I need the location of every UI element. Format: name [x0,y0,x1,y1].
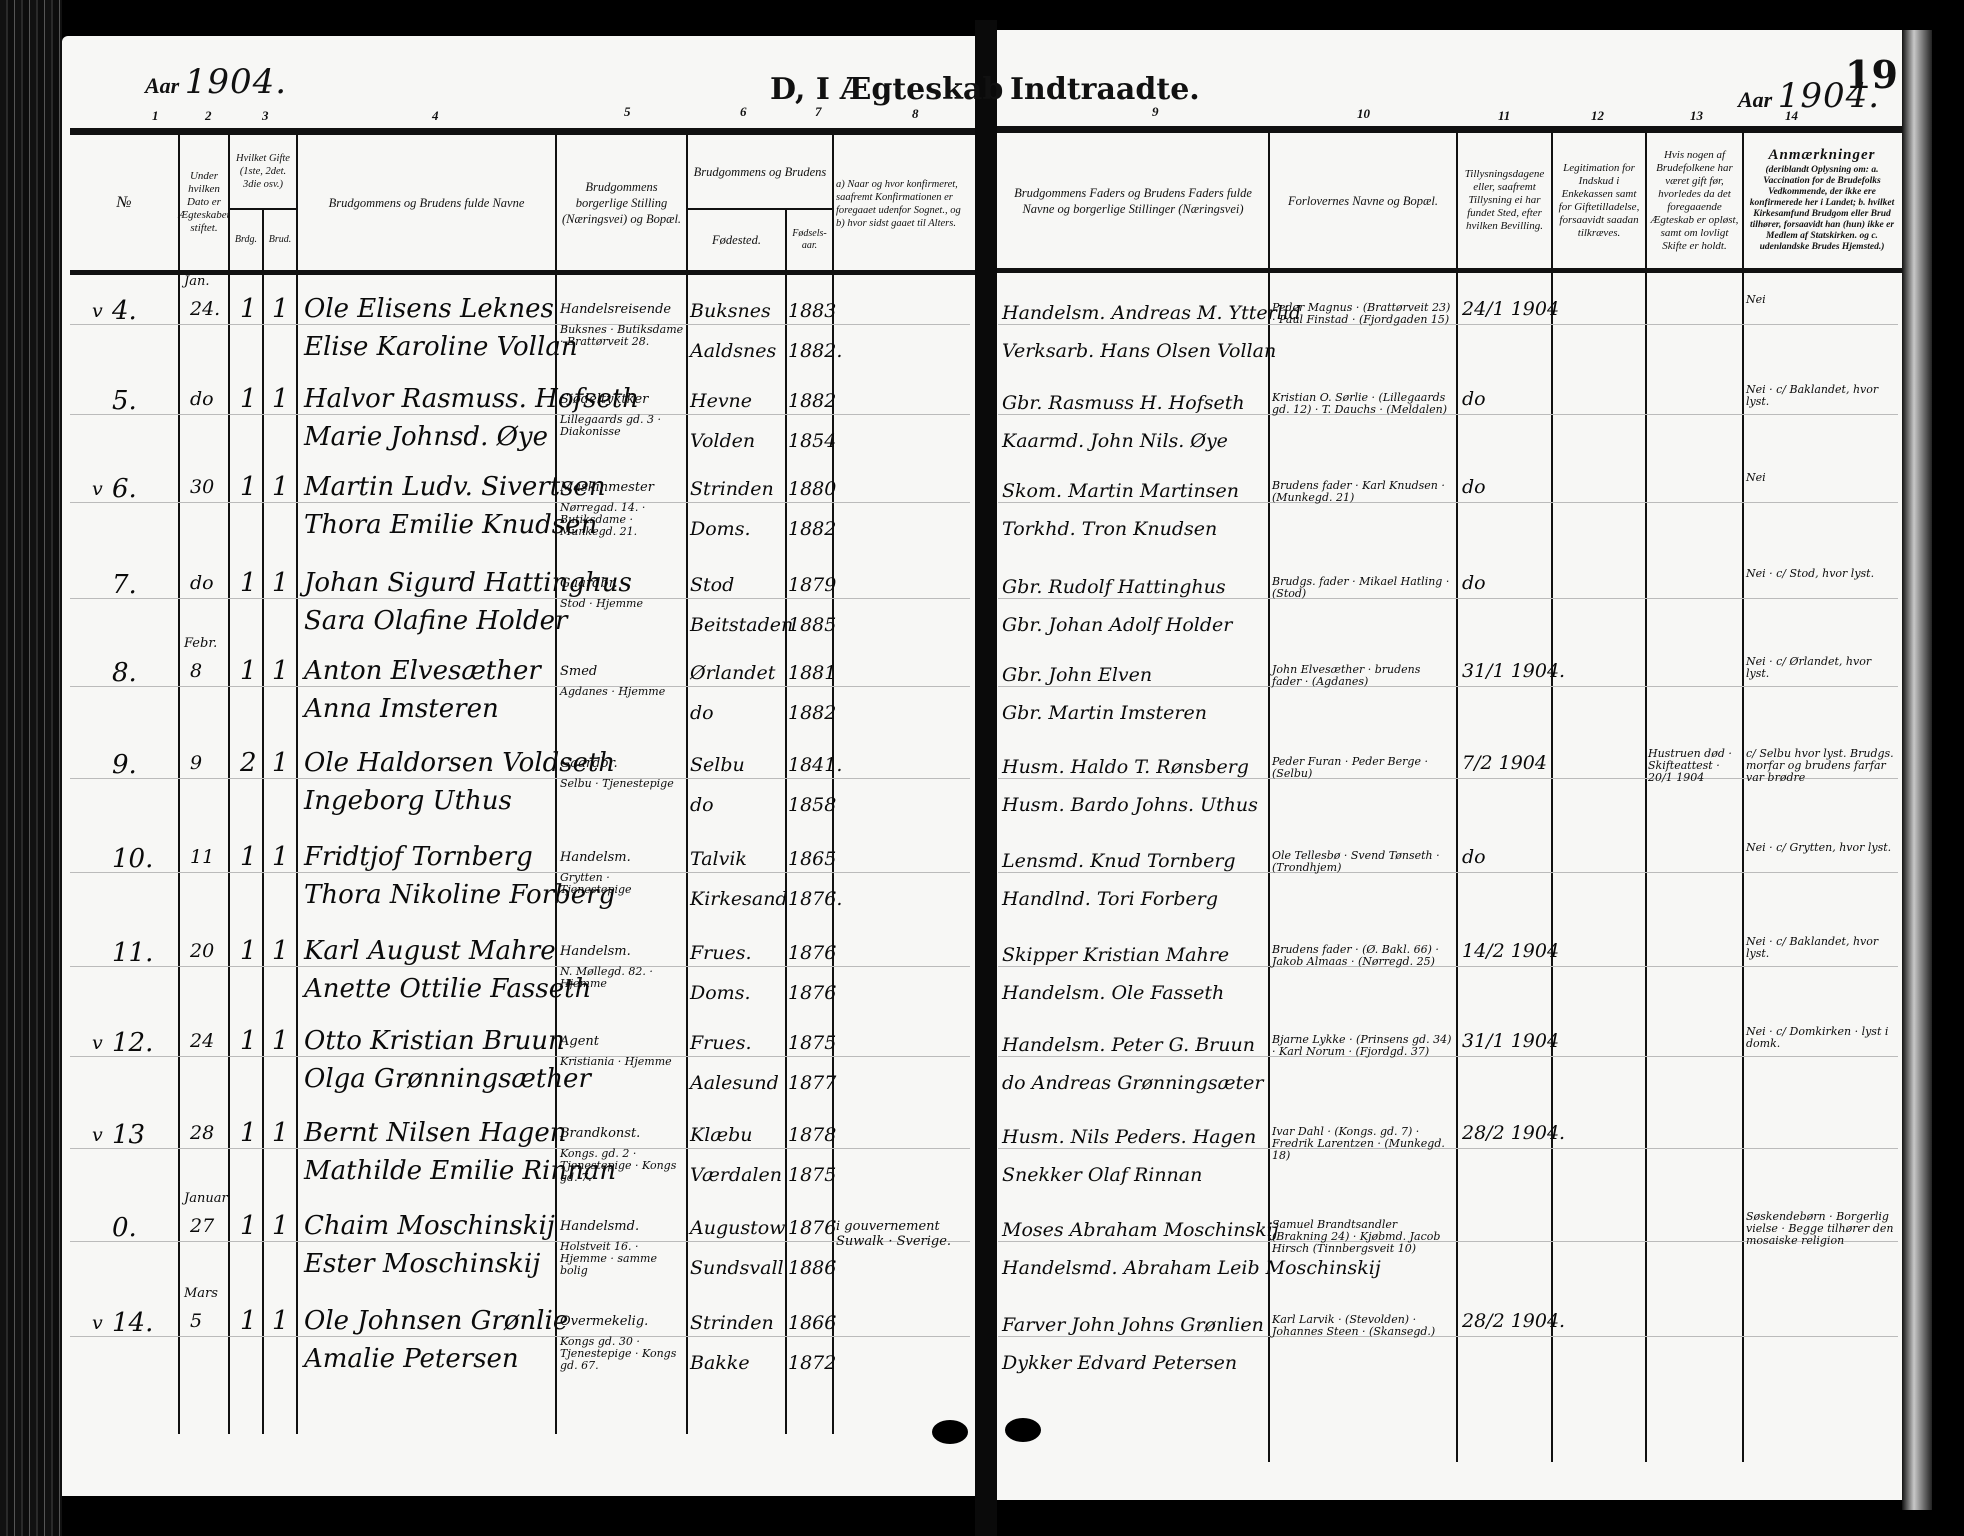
ruled-line [70,1148,970,1149]
groom-occupation: Smed [560,664,597,679]
bride-name: Ingeborg Uthus [304,786,512,816]
groom-marriage-count: 1 [240,1211,257,1241]
groom-name: Fridtjof Tornberg [304,842,533,872]
header-rule-top-left [70,128,975,135]
remarks: c/ Selbu hvor lyst. Brudgs. morfar og br… [1746,748,1896,784]
ruled-line [70,872,970,873]
bride-birthplace: Doms. [690,518,750,540]
header-occupation: Brudgommens borgerlige Stilling (Nærings… [557,135,686,270]
bride-father: do Andreas Grønningsæter [1002,1072,1263,1094]
entry-number: 13 [112,1120,145,1150]
groom-birthplace: Stod [690,574,734,596]
groom-birthplace: Selbu [690,754,745,776]
bride-occupation: N. Møllegd. 82. · Hjemme [560,966,684,990]
entry-month: Mars [184,1286,218,1301]
header-remarks: Anmærkninger (deriblandt Oplysning om: a… [1744,133,1900,268]
column-number: 10 [1357,106,1370,122]
bride-occupation: Kongs gd. 30 · Tjenestepige · Kongs gd. … [560,1336,684,1372]
bride-father: Snekker Olaf Rinnan [1002,1164,1202,1186]
section-title-left: D, I Ægteskab [770,72,1003,107]
witnesses: Peder Magnus · (Brattørveit 23) · Paul F… [1272,302,1452,326]
bride-occupation: Stod · Hjemme [560,598,684,610]
bride-birthyear: 1886 [788,1257,836,1279]
groom-birthyear: 1883 [788,300,836,322]
bride-occupation: Kristiania · Hjemme [560,1056,684,1068]
column-divider [1645,132,1647,1462]
bride-birthplace: Bakke [690,1352,750,1374]
bride-marriage-count: 1 [272,1211,289,1241]
ruled-line [70,966,970,967]
bride-father: Kaarmd. John Nils. Øye [1002,430,1228,452]
column-number: 9 [1152,104,1159,120]
column-divider [555,134,557,1434]
entry-number: 8. [112,658,137,688]
bride-birthplace: do [690,794,714,816]
entry-day: 5 [190,1310,202,1332]
groom-occupation: Handelsm. [560,850,631,865]
witnesses: Karl Larvik · (Stevolden) · Johannes Ste… [1272,1314,1452,1338]
year-label: Aar [145,73,179,98]
bride-father: Handelsm. Ole Fasseth [1002,982,1224,1004]
bride-marriage-count: 1 [272,384,289,414]
groom-name: Ole Johnsen Grønlie [304,1306,568,1336]
groom-marriage-count: 1 [240,1026,257,1056]
banns-date: do [1462,846,1486,868]
confirmation-note: i gouvernement Suwalk · Sverige. [836,1219,972,1249]
ruled-line [70,414,970,415]
bride-birthplace: Værdalen [690,1164,782,1186]
bride-marriage-count: 1 [272,748,289,778]
bride-birthplace: Volden [690,430,755,452]
column-divider [1456,132,1458,1462]
groom-birthyear: 1865 [788,848,836,870]
groom-birthplace: Strinden [690,478,774,500]
remarks: Nei · c/ Grytten, hvor lyst. [1746,842,1896,854]
entry-number: 9. [112,750,137,780]
bride-name: Anna Imsteren [304,694,499,724]
entry-number: 6. [112,474,137,504]
groom-birthyear: 1841. [788,754,842,776]
page-number: 19 [1845,52,1898,97]
column-divider [1742,132,1744,1462]
column-divider [785,208,787,1434]
bride-marriage-count: 1 [272,472,289,502]
groom-birthyear: 1876 [788,942,836,964]
header-birthyear: Fødsels-aar. [787,210,832,270]
column-divider [296,134,298,1434]
bride-marriage-count: 1 [272,936,289,966]
remarks: Nei · c/ Domkirken · lyst i domk. [1746,1026,1896,1050]
banns-date: 28/2 1904. [1462,1310,1565,1332]
witnesses: Peder Furan · Peder Berge · (Selbu) [1272,756,1452,780]
groom-name: Chaim Moschinskij [304,1211,555,1241]
bride-birthplace: Sundsvall [690,1257,784,1279]
groom-marriage-count: 1 [240,1118,257,1148]
banns-date: do [1462,572,1486,594]
header-birthplace: Fødested. [688,210,785,270]
banns-date: do [1462,388,1486,410]
column-divider [228,134,230,1434]
groom-marriage-count: 1 [240,842,257,872]
bride-birthyear: 1872 [788,1352,836,1374]
bride-father: Dykker Edvard Petersen [1002,1352,1237,1374]
groom-father: Moses Abraham Moschinskij [1002,1219,1279,1241]
witnesses: John Elvesæther · brudens fader · (Agdan… [1272,664,1452,688]
groom-father: Lensmd. Knud Tornberg [1002,850,1236,872]
ruled-line [70,324,970,325]
header-fathers: Brudgommens Faders og Brudens Faders ful… [998,133,1268,268]
bride-birthplace: do [690,702,714,724]
column-number: 14 [1785,108,1798,124]
ruled-line [70,778,970,779]
column-divider [686,134,688,1434]
bride-occupation: Nørregad. 14. · Butiksdame · Munkegd. 21… [560,502,684,538]
entry-day: 9 [190,752,202,774]
bride-occupation: Agdanes · Hjemme [560,686,684,698]
entry-day: do [190,572,214,594]
entry-check-mark: v [92,1032,103,1054]
column-number: 1 [152,108,159,124]
groom-birthyear: 1878 [788,1124,836,1146]
witnesses: Brudgs. fader · Mikael Hatling · (Stod) [1272,576,1452,600]
witnesses: Kristian O. Sørlie · (Lillegaards gd. 12… [1272,392,1452,416]
groom-marriage-count: 1 [240,656,257,686]
entry-day: 24 [190,1030,214,1052]
bride-name: Amalie Petersen [304,1344,519,1374]
header-banns: Tillysningsdagene eller, saafremt Tillys… [1458,133,1551,268]
banns-date: do [1462,476,1486,498]
entry-number: 7. [112,570,137,600]
bride-father: Gbr. Martin Imsteren [1002,702,1207,724]
groom-birthyear: 1879 [788,574,836,596]
remarks: Nei [1746,294,1896,306]
header-rule-top-right [997,126,1902,133]
header-which-marriage: Hvilket Gifte (1ste, 2det. 3die osv.) [230,135,296,208]
book-edge-right [1902,30,1932,1510]
bride-name: Anette Ottilie Fasseth [304,974,591,1004]
bride-birthplace: Aalesund [690,1072,779,1094]
entry-month: Januar [184,1191,228,1206]
entry-number: 4. [112,296,137,326]
remarks: Nei · c/ Baklandet, hvor lyst. [1746,384,1896,408]
bride-name: Marie Johnsd. Øye [304,422,548,452]
column-number: 7 [815,104,822,120]
bride-occupation: Buksnes · Butiksdame · Brattørveit 28. [560,324,684,348]
header-legitimation: Legitimation for Indskud i Enkekassen sa… [1553,133,1645,268]
bride-occupation: Selbu · Tjenestepige [560,778,684,790]
ruled-line [70,1241,970,1242]
groom-occupation: Brandkonst. [560,1126,640,1141]
entry-number: 12. [112,1028,153,1058]
header-names: Brudgommens og Brudens fulde Navne [298,135,555,270]
column-divider [832,134,834,1434]
bride-birthyear: 1882. [788,340,842,362]
bride-name: Thora Emilie Knudsen [304,510,597,540]
groom-occupation: Handelsmd. [560,1219,639,1234]
entry-day: 8 [190,660,202,682]
groom-marriage-count: 1 [240,568,257,598]
groom-occupation: Handelsm. [560,944,631,959]
bride-name: Ester Moschinskij [304,1249,540,1279]
groom-father: Handelsm. Andreas M. Ytterlid [1002,302,1301,324]
ruled-line [70,1056,970,1057]
groom-father: Farver John Johns Grønlien [1002,1314,1264,1336]
column-number: 13 [1690,108,1703,124]
groom-occupation: Overmekelig. [560,1314,648,1329]
bride-father: Gbr. Johan Adolf Holder [1002,614,1232,636]
witnesses: Brudens fader · Karl Knudsen · (Munkegd.… [1272,480,1452,504]
groom-occupation: Gaardbr. [560,576,618,591]
bride-father: Torkhd. Tron Knudsen [1002,518,1217,540]
entry-day: 27 [190,1215,214,1237]
entry-month: Jan. [184,274,209,289]
bride-birthyear: 1876 [788,982,836,1004]
column-number: 4 [432,108,439,124]
bride-marriage-count: 1 [272,656,289,686]
groom-father: Skom. Martin Martinsen [1002,480,1239,502]
section-title-right: Indtraadte. [1010,72,1200,107]
binding-thread-knot [932,1420,968,1444]
banns-date: 24/1 1904 [1462,298,1559,320]
entry-check-mark: v [92,1124,103,1146]
groom-occupation: Gaardbr. [560,756,618,771]
groom-father: Gbr. Rudolf Hattinghus [1002,576,1226,598]
witnesses: Bjarne Lykke · (Prinsens gd. 34) · Karl … [1272,1034,1452,1058]
header-witnesses: Forlovernes Navne og Bopæl. [1270,133,1456,268]
groom-birthyear: 1880 [788,478,836,500]
header-birth-group: Brudgommens og Brudens [688,135,832,208]
entry-number: 14. [112,1308,153,1338]
bride-occupation: Holstveit 16. · Hjemme · samme bolig [560,1241,684,1277]
bride-birthyear: 1885 [788,614,836,636]
header-confirmation: a) Naar og hvor konfirmeret, saafremt Ko… [834,138,974,270]
groom-name: Karl August Mahre [304,936,556,966]
column-number: 2 [205,108,212,124]
remarks: Nei · c/ Ørlandet, hvor lyst. [1746,656,1896,680]
groom-birthyear: 1881 [788,662,836,684]
bride-father: Handlnd. Tori Forberg [1002,888,1218,910]
bride-birthplace: Doms. [690,982,750,1004]
entry-day: 20 [190,940,214,962]
groom-father: Handelsm. Peter G. Bruun [1002,1034,1255,1056]
bride-birthyear: 1882 [788,518,836,540]
groom-birthyear: 1876 [788,1217,836,1239]
bride-occupation: Grytten · Tjenestepige [560,872,684,896]
bride-marriage-count: 1 [272,1026,289,1056]
header-previous-marriage: Hvis nogen af Brudefolkene har været gif… [1647,133,1742,268]
bride-marriage-count: 1 [272,842,289,872]
header-rule-bottom-right [997,268,1902,273]
groom-birthplace: Augustow [690,1217,785,1239]
column-divider [262,208,264,1434]
bride-marriage-count: 1 [272,1118,289,1148]
groom-occupation: Agent [560,1034,599,1049]
bride-birthyear: 1858 [788,794,836,816]
groom-marriage-count: 1 [240,384,257,414]
groom-father: Gbr. John Elven [1002,664,1152,686]
bride-birthyear: 1876. [788,888,842,910]
entry-check-mark: v [92,300,103,322]
year-label: Aar [1738,87,1772,112]
remarks: Nei · c/ Stod, hvor lyst. [1746,568,1896,580]
bride-birthyear: 1877 [788,1072,836,1094]
groom-name: Otto Kristian Bruun [304,1026,565,1056]
column-number: 12 [1591,108,1604,124]
remarks: Nei · c/ Baklandet, hvor lyst. [1746,936,1896,960]
groom-birthplace: Talvik [690,848,747,870]
entry-number: 10. [112,844,153,874]
bride-name: Olga Grønningsæther [304,1064,591,1094]
header-date: Under hvilken Dato er Ægteskabet stiftet… [180,135,228,270]
groom-marriage-count: 2 [240,748,257,778]
bride-occupation: Lillegaards gd. 3 · Diakonisse [560,414,684,438]
column-number: 8 [912,106,919,122]
groom-father: Husm. Haldo T. Rønsberg [1002,756,1249,778]
header-groom-marriage: Brdg. [230,210,262,270]
groom-birthyear: 1875 [788,1032,836,1054]
bride-name: Sara Olafine Holder [304,606,567,636]
groom-marriage-count: 1 [240,1306,257,1336]
witnesses: Ole Tellesbø · Svend Tønseth · (Trondhje… [1272,850,1452,874]
groom-occupation: Maskinmester [560,480,654,495]
year-heading-left: Aar 1904. [145,62,287,102]
groom-birthplace: Frues. [690,1032,752,1054]
groom-marriage-count: 1 [240,936,257,966]
witnesses: Ivar Dahl · (Kongs. gd. 7) · Fredrik Lar… [1272,1126,1452,1162]
column-divider [1551,132,1553,1462]
entry-day: 28 [190,1122,214,1144]
bride-birthplace: Aaldsnes [690,340,776,362]
groom-birthplace: Ørlandet [690,662,775,684]
entry-day: 24. [190,298,220,320]
book-spine [975,20,997,1536]
groom-father: Skipper Kristian Mahre [1002,944,1229,966]
remarks-subtitle: (deriblandt Oplysning om: a. Vaccination… [1746,163,1898,255]
column-number: 6 [740,104,747,120]
groom-marriage-count: 1 [240,472,257,502]
book-binding-left [0,0,62,1536]
ruled-line [70,1336,970,1337]
column-number: 3 [262,108,269,124]
entry-check-mark: v [92,1312,103,1334]
bride-marriage-count: 1 [272,1306,289,1336]
bride-marriage-count: 1 [272,294,289,324]
banns-date: 28/2 1904. [1462,1122,1565,1144]
entry-day: 30 [190,476,214,498]
bride-father: Husm. Bardo Johns. Uthus [1002,794,1258,816]
entry-number: 11. [112,938,153,968]
bride-birthplace: Kirkesand [690,888,788,910]
bride-father: Verksarb. Hans Olsen Vollan [1002,340,1276,362]
bride-birthyear: 1882 [788,702,836,724]
column-number: 11 [1498,108,1510,124]
bride-occupation: Kongs. gd. 2 · Tjenestepige · Kongs gd. … [560,1148,684,1184]
bride-marriage-count: 1 [272,568,289,598]
groom-birthplace: Buksnes [690,300,771,322]
bride-birthyear: 1875 [788,1164,836,1186]
groom-occupation: Handelsreisende [560,302,671,317]
entry-number: 0. [112,1213,137,1243]
bride-father: Handelsmd. Abraham Leib Moschinskij [1002,1257,1381,1279]
witnesses: Samuel Brandtsandler (Brakning 24) · Kjø… [1272,1219,1452,1255]
groom-birthplace: Hevne [690,390,752,412]
banns-date: 31/1 1904. [1462,660,1565,682]
banns-date: 7/2 1904 [1462,752,1547,774]
groom-birthplace: Frues. [690,942,752,964]
groom-name: Bernt Nilsen Hagen [304,1118,566,1148]
witnesses: Brudens fader · (Ø. Bakl. 66) · Jakob Al… [1272,944,1452,968]
groom-father: Husm. Nils Peders. Hagen [1002,1126,1256,1148]
remarks: Nei [1746,472,1896,484]
bride-birthplace: Beitstaden [690,614,793,636]
bride-name: Elise Karoline Vollan [304,332,578,362]
previous-marriage-note: Hustruen død · Skifteattest · 20/1 1904 [1648,748,1740,784]
entry-number: 5. [112,386,137,416]
groom-birthplace: Klæbu [690,1124,753,1146]
entry-day: do [190,388,214,410]
bride-birthyear: 1854 [788,430,836,452]
ruled-line [70,686,970,687]
groom-birthyear: 1882 [788,390,836,412]
groom-name: Ole Elisens Leknes [304,294,554,324]
column-number: 5 [624,104,631,120]
banns-date: 14/2 1904 [1462,940,1559,962]
header-bride-marriage: Brud. [264,210,296,270]
header-no: № [70,135,178,270]
year-value: 1904. [185,62,287,102]
groom-birthplace: Strinden [690,1312,774,1334]
ruled-line [70,598,970,599]
remarks: Søskendebørn · Borgerlig vielse · Begge … [1746,1211,1896,1247]
groom-name: Anton Elvesæther [304,656,541,686]
entry-day: 11 [190,846,214,868]
groom-marriage-count: 1 [240,294,257,324]
groom-birthyear: 1866 [788,1312,836,1334]
banns-date: 31/1 1904 [1462,1030,1559,1052]
binding-thread-knot [1005,1418,1041,1442]
entry-check-mark: v [92,478,103,500]
ruled-line [70,502,970,503]
groom-occupation: Sjødeltyktker [560,392,648,407]
groom-father: Gbr. Rasmuss H. Hofseth [1002,392,1245,414]
entry-month: Febr. [184,636,217,651]
remarks-title: Anmærkninger [1768,147,1875,163]
column-divider [178,134,180,1434]
